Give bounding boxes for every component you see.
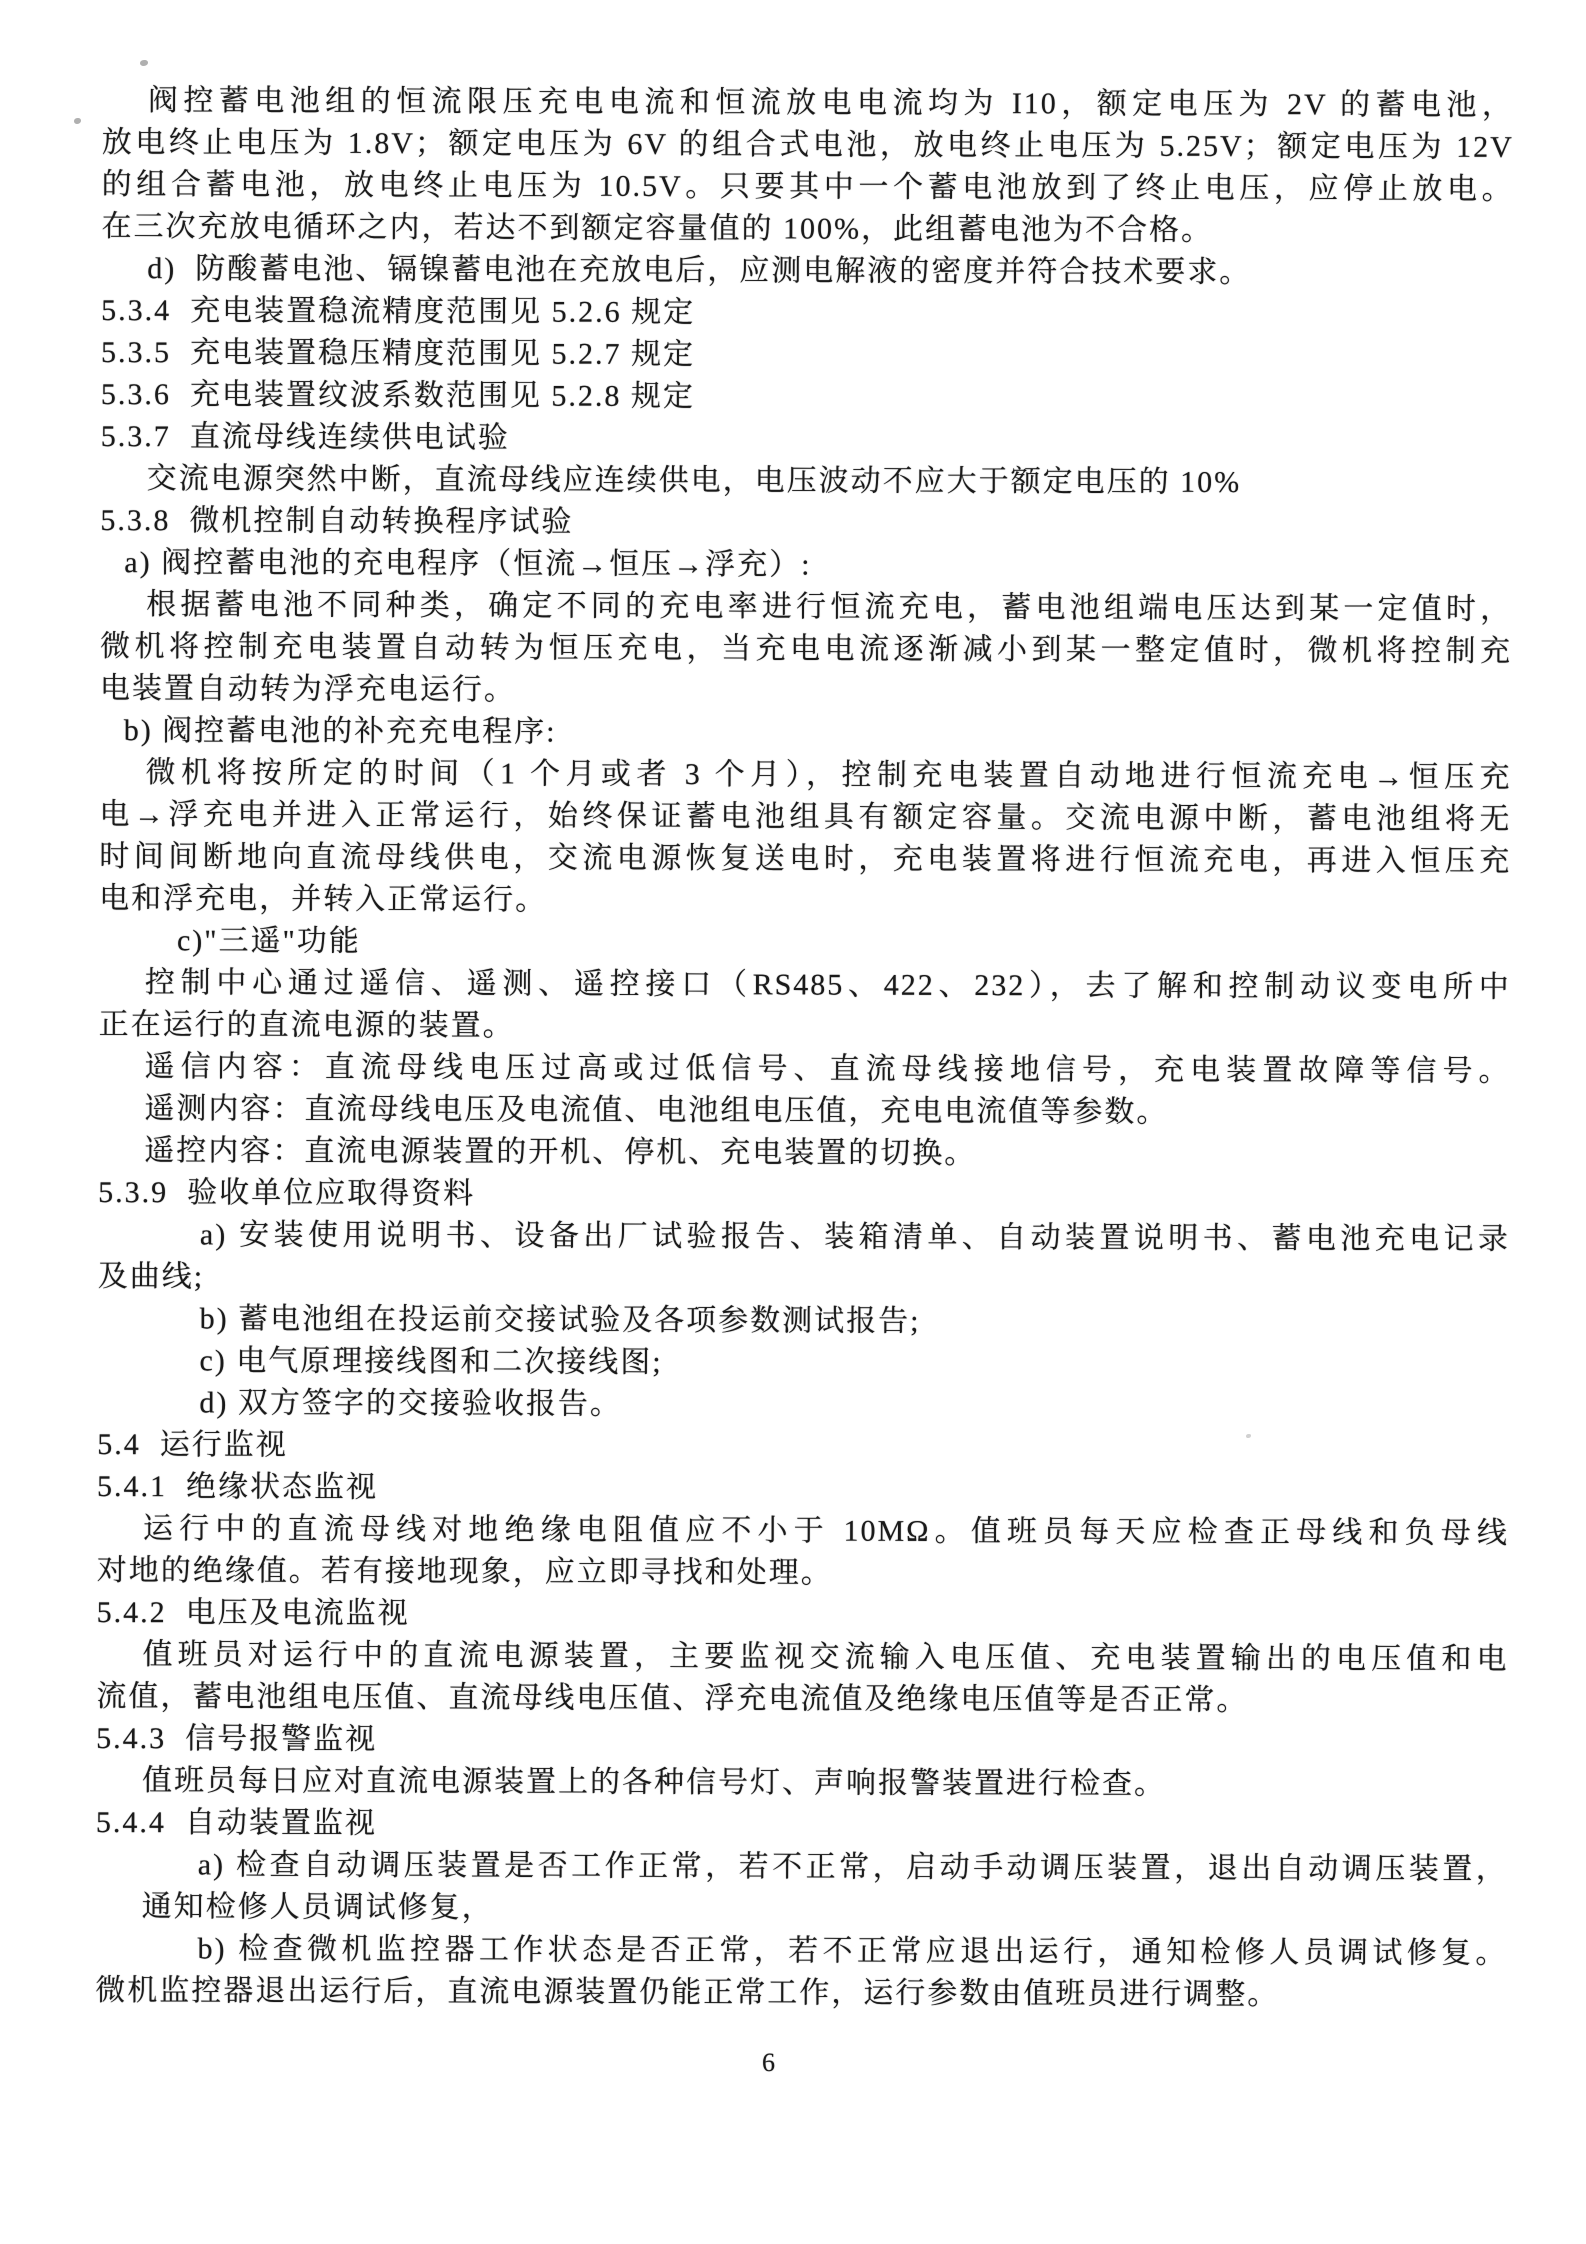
document-line: a) 检查自动调压装置是否工作正常，若不正常，启动手动调压装置，退出自动调压装置…: [96, 1844, 1508, 1891]
document-line: 5.3.8 微机控制自动转换程序试验: [100, 500, 1512, 547]
document-line: 放电终止电压为 1.8V；额定电压为 6V 的组合式电池，放电终止电压为 5.2…: [102, 122, 1514, 169]
document-line: 5.4.3 信号报警监视: [96, 1718, 1508, 1765]
document-line: 5.4 运行监视: [97, 1424, 1509, 1471]
document-line: 5.4.4 自动装置监视: [96, 1802, 1508, 1849]
document-line: 5.4.2 电压及电流监视: [97, 1592, 1509, 1639]
document-line: 值班员对运行中的直流电源装置，主要监视交流输入电压值、充电装置输出的电压值和电: [96, 1634, 1508, 1681]
scan-speck: [74, 118, 81, 124]
document-line: 根据蓄电池不同种类，确定不同的充电率进行恒流充电，蓄电池组端电压达到某一定值时，: [100, 584, 1512, 631]
document-page: 阀控蓄电池组的恒流限压充电电流和恒流放电电流均为 I10，额定电压为 2V 的蓄…: [0, 0, 1586, 2244]
document-line: 遥测内容：直流母线电压及电流值、电池组电压值，充电电流值等参数。: [98, 1088, 1510, 1135]
document-line: 5.3.7 直流母线连续供电试验: [101, 416, 1513, 463]
scan-speck: [140, 60, 148, 66]
page-number: 6: [762, 2048, 776, 2078]
document-line: 微机监控器退出运行后，直流电源装置仍能正常工作，运行参数由值班员进行调整。: [95, 1970, 1507, 2017]
document-line: 微机将控制充电装置自动转为恒压充电，当充电电流逐渐减小到某一整定值时，微机将控制…: [100, 626, 1512, 673]
document-line: 5.3.5 充电装置稳压精度范围见 5.2.7 规定: [101, 332, 1513, 379]
document-line: 5.3.9 验收单位应取得资料: [98, 1172, 1510, 1219]
document-line: 电装置自动转为浮充电运行。: [100, 668, 1512, 715]
document-line: d) 防酸蓄电池、镉镍蓄电池在充放电后，应测电解液的密度并符合技术要求。: [101, 248, 1513, 295]
document-line: 流值，蓄电池组电压值、直流母线电压值、浮充电流值及绝缘电压值等是否正常。: [96, 1676, 1508, 1723]
document-line: 的组合蓄电池，放电终止电压为 10.5V。只要其中一个蓄电池放到了终止电压，应停…: [102, 164, 1514, 211]
document-line: c)"三遥"功能: [99, 920, 1511, 967]
document-line: d) 双方签字的交接验收报告。: [97, 1382, 1509, 1429]
document-line: 5.3.6 充电装置纹波系数范围见 5.2.8 规定: [101, 374, 1513, 421]
document-line: 微机将按所定的时间（1 个月或者 3 个月），控制充电装置自动地进行恒流充电→恒…: [100, 752, 1512, 799]
document-line: 对地的绝缘值。若有接地现象，应立即寻找和处理。: [97, 1550, 1509, 1597]
document-line: b) 检查微机监控器工作状态是否正常，若不正常应退出运行，通知检修人员调试修复。: [95, 1928, 1507, 1975]
document-line: c) 电气原理接线图和二次接线图;: [97, 1340, 1509, 1387]
document-line: 值班员每日应对直流电源装置上的各种信号灯、声响报警装置进行检查。: [96, 1760, 1508, 1807]
document-line: 控制中心通过遥信、遥测、遥控接口（RS485、422、232），去了解和控制动议…: [99, 962, 1511, 1009]
document-line: 遥信内容：直流母线电压过高或过低信号、直流母线接地信号，充电装置故障等信号。: [98, 1046, 1510, 1093]
document-line: 运行中的直流母线对地绝缘电阻值应不小于 10MΩ。值班员每天应检查正母线和负母线: [97, 1508, 1509, 1555]
document-line: a) 阀控蓄电池的充电程序（恒流→恒压→浮充）:: [100, 542, 1512, 589]
document-line: 5.3.4 充电装置稳流精度范围见 5.2.6 规定: [101, 290, 1513, 337]
document-line: 电和浮充电，并转入正常运行。: [99, 878, 1511, 925]
document-body: 阀控蓄电池组的恒流限压充电电流和恒流放电电流均为 I10，额定电压为 2V 的蓄…: [95, 80, 1514, 2017]
document-line: b) 阀控蓄电池的补充充电程序:: [100, 710, 1512, 757]
document-line: a) 安装使用说明书、设备出厂试验报告、装箱清单、自动装置说明书、蓄电池充电记录: [98, 1214, 1510, 1261]
document-line: 时间间断地向直流母线供电，交流电源恢复送电时，充电装置将进行恒流充电，再进入恒压…: [99, 836, 1511, 883]
document-line: 5.4.1 绝缘状态监视: [97, 1466, 1509, 1513]
document-line: b) 蓄电池组在投运前交接试验及各项参数测试报告;: [98, 1298, 1510, 1345]
document-line: 遥控内容：直流电源装置的开机、停机、充电装置的切换。: [98, 1130, 1510, 1177]
document-line: 电→浮充电并进入正常运行，始终保证蓄电池组具有额定容量。交流电源中断，蓄电池组将…: [99, 794, 1511, 841]
document-line: 通知检修人员调试修复，: [96, 1886, 1508, 1933]
document-line: 正在运行的直流电源的装置。: [99, 1004, 1511, 1051]
document-line: 阀控蓄电池组的恒流限压充电电流和恒流放电电流均为 I10，额定电压为 2V 的蓄…: [102, 80, 1514, 127]
document-line: 及曲线;: [98, 1256, 1510, 1303]
document-line: 在三次充放电循环之内，若达不到额定容量值的 100%，此组蓄电池为不合格。: [101, 206, 1513, 253]
document-line: 交流电源突然中断，直流母线应连续供电，电压波动不应大于额定电压的 10%: [101, 458, 1513, 505]
